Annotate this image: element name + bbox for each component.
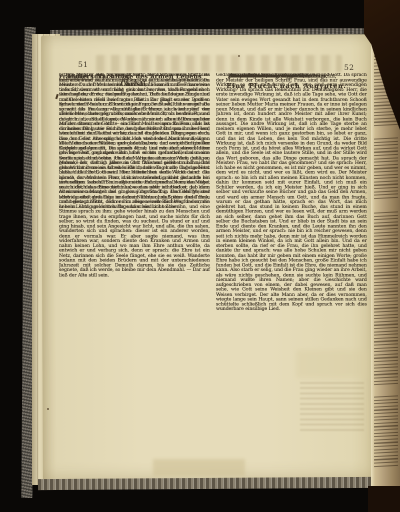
page-number-right: 52 [344,63,354,72]
article-body-paragraph: Ein Meister der heiligen Schrift, der ka… [59,73,210,210]
poem-title: Eine Flucht nach Aegypten. [227,83,347,90]
curled-page-text-block [374,211,398,386]
curled-page-text-block [374,137,398,200]
paper-stain-bottom [153,459,245,476]
curled-page-text-block [374,395,398,468]
ink-speck [238,55,240,57]
poem-line: Wohl um das kleine Kindlein; [228,73,305,79]
text-column-left: hitzige sich in ruh; er vergaß es in den… [59,73,211,441]
page-number-left: 51 [78,60,88,69]
book-scan-photo: 51 52 hitzige sich in ruh; er vergaß es … [0,0,400,512]
text-column-right: Gedanken, daß der keine Kirch zwischen m… [216,73,369,445]
right-column-continued-paragraph: Gedanken, daß der keine Kirch zwischen m… [216,73,367,312]
page-stack-edge-bottom [38,477,376,490]
book-cover-corner-bottom-right [368,486,400,512]
ink-speck [47,408,49,410]
showthrough-ghost-text [96,55,342,72]
